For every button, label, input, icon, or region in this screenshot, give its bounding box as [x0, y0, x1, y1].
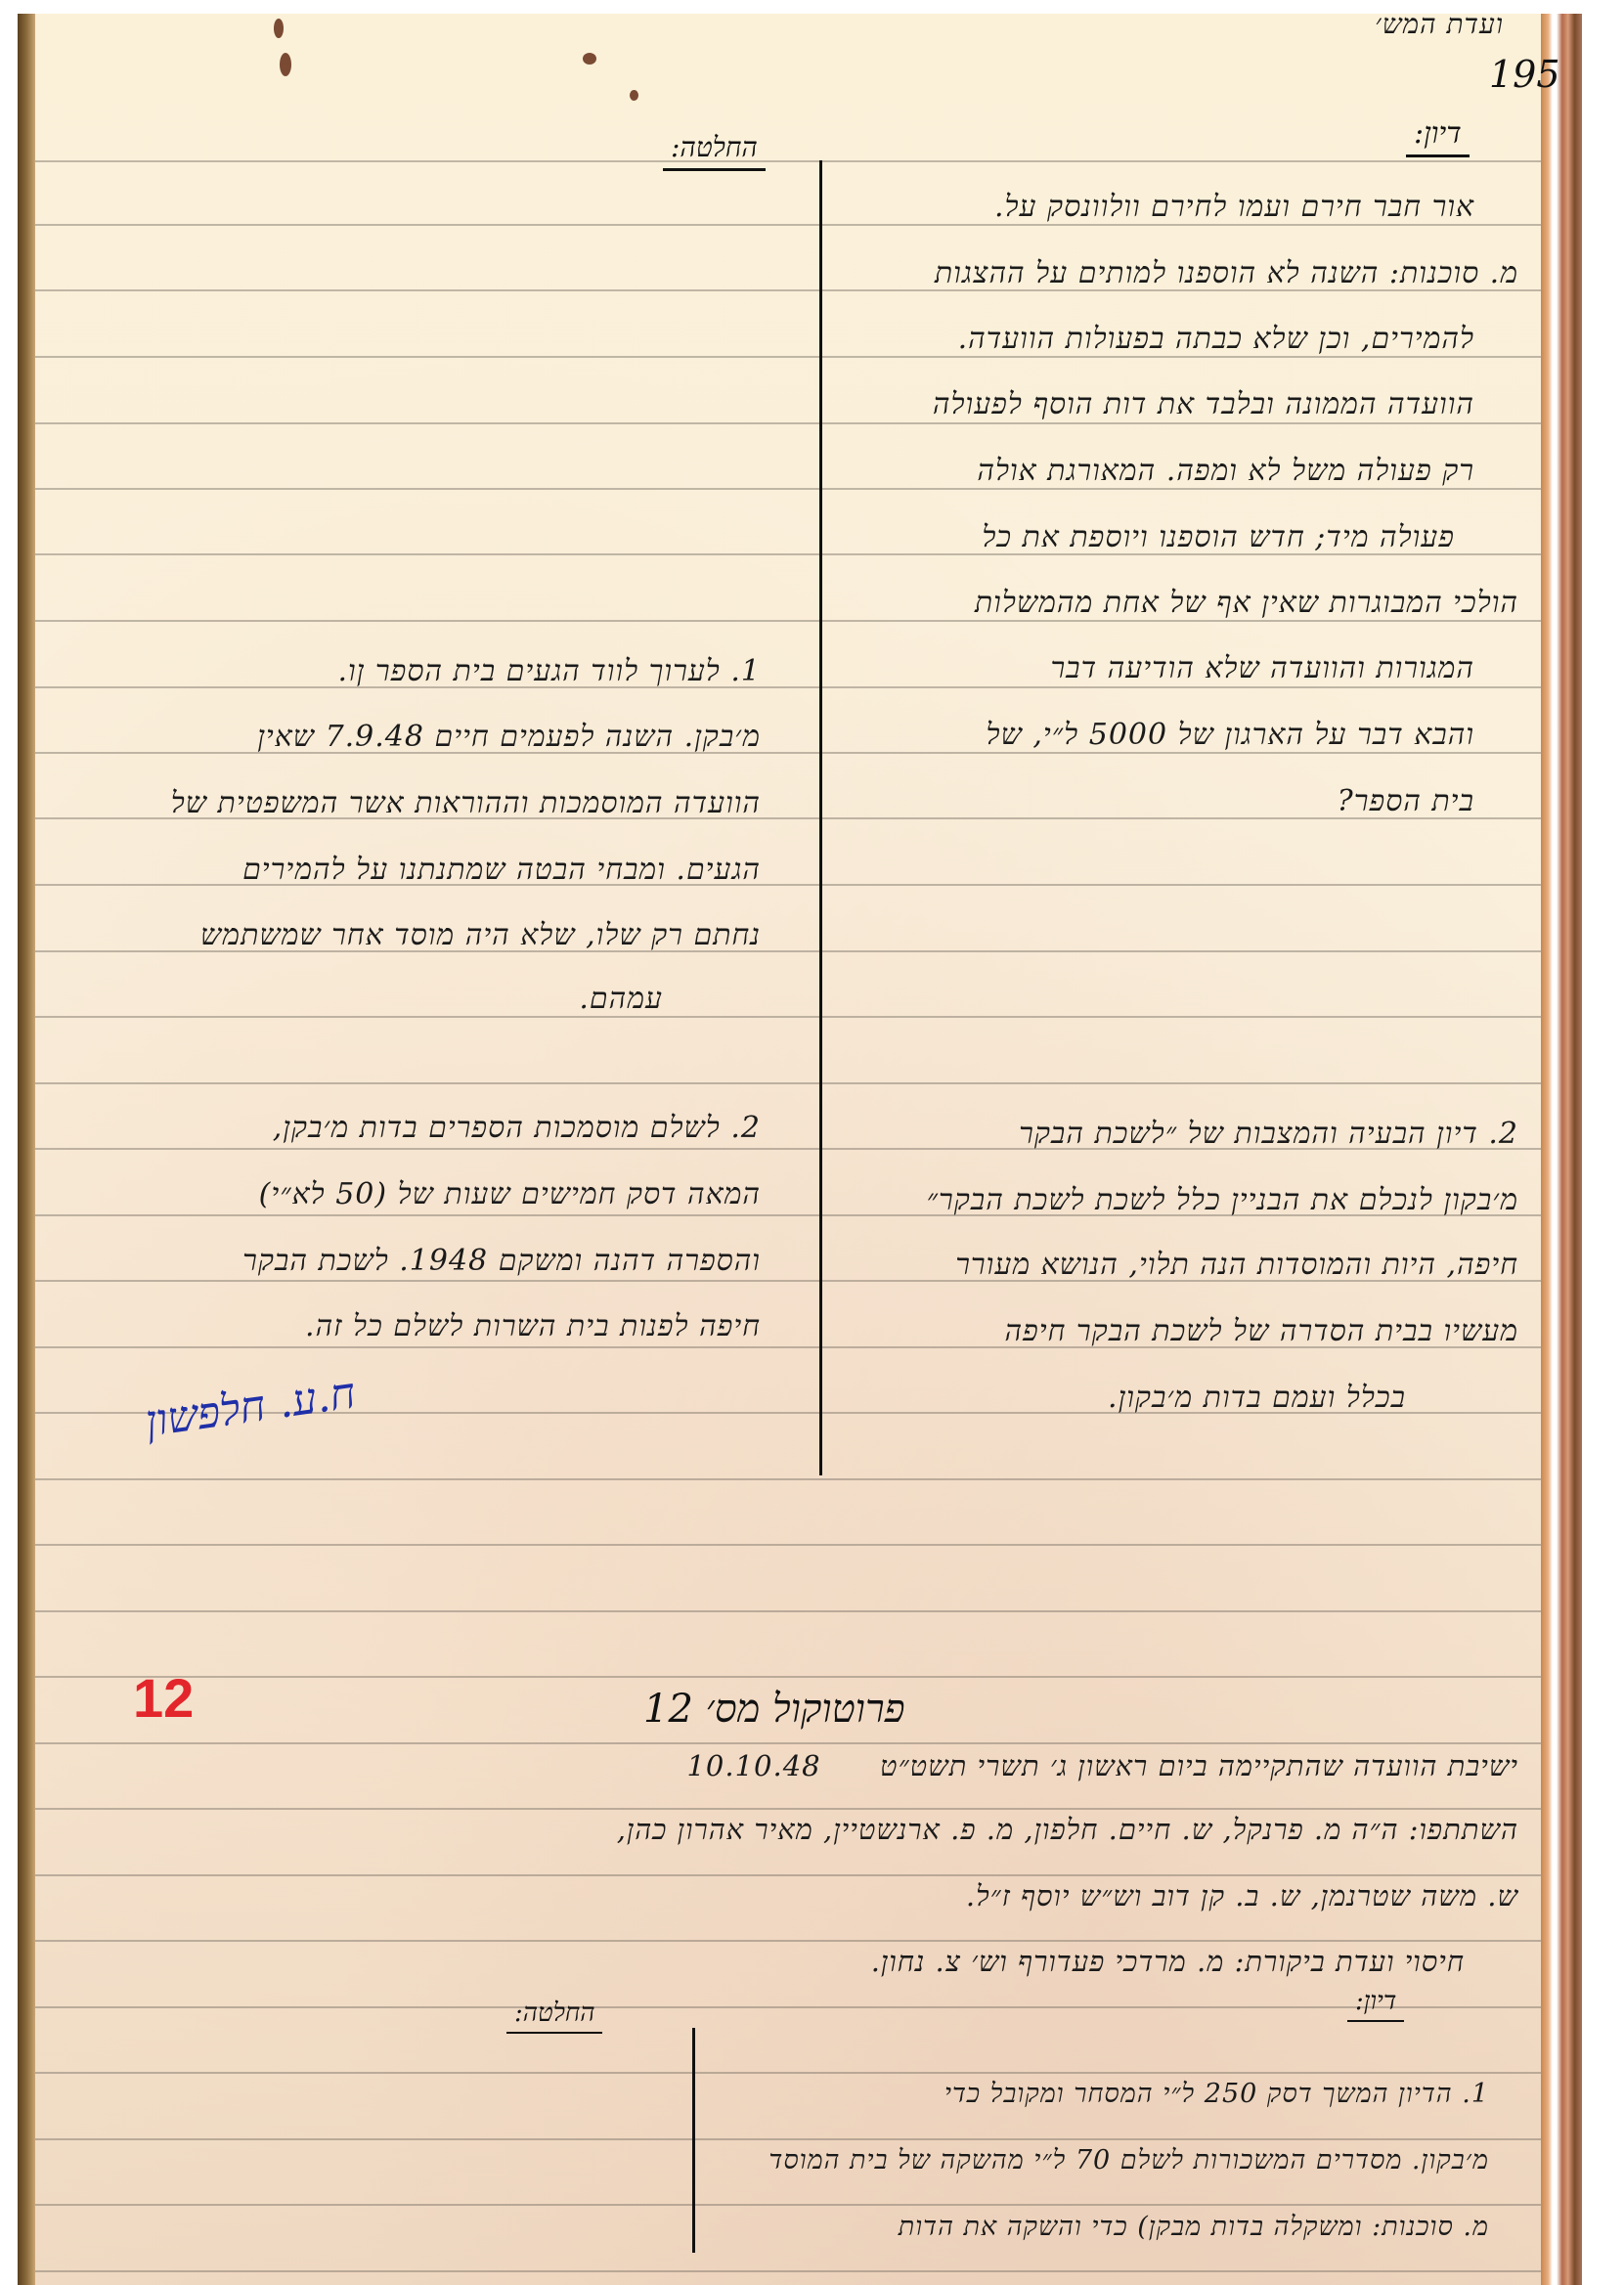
ruled-line [35, 1082, 1541, 1084]
left-binding-edge [18, 14, 35, 2285]
ruled-line [35, 2006, 1541, 2008]
discussion-line-text: מ. סוכנות: השנה לא הוספנו למותים על ההצג… [935, 256, 1518, 290]
right-binding-edge [1541, 14, 1582, 2285]
ruled-line [35, 686, 1541, 688]
ruled-line [35, 224, 1541, 226]
discussion-line: מ. סוכנות: השנה לא הוספנו למותים על ההצג… [935, 256, 1518, 290]
ruled-line [35, 620, 1541, 622]
decision-line: והספרה דהנה ומשקם 1948. לשכת הבקר [242, 1244, 761, 1278]
discussion-line: מ׳בקון. מסדרים המשכורות לשלם 70 ל״י מהשק… [768, 2145, 1489, 2175]
column-divider [819, 160, 822, 1475]
discussion-line: מ. סוכנות: ומשקלה בדות מבקן) כדי והשקה א… [899, 2212, 1489, 2242]
protocol-title: פרוטוקול מס׳ 12 [643, 1686, 905, 1732]
ruled-line [35, 1016, 1541, 1018]
decision-line: חיפה לפנות בית השרות לשלם כל זה. [305, 1309, 761, 1343]
ruled-line [35, 2204, 1541, 2206]
page-number: 195 [1489, 53, 1560, 96]
meeting-line: ישיבת הוועדה שהתקיימה ביום ראשון ג׳ תשרי… [686, 1749, 1518, 1783]
discussion-line: בכלל ועמם בדות מ׳בקון. [1108, 1381, 1406, 1415]
ruled-line [35, 1742, 1541, 1744]
discussion-line: 1. הדיון המשך דסק 250 ל״י המסחר ומקובל כ… [944, 2079, 1489, 2109]
decision-line: הוועדה המוסמכות וההוראות אשר המשפטית של [171, 786, 761, 820]
decision-line: המאה דסק חמישים שעות של (50 לא״י) [259, 1177, 761, 1211]
ruled-line [35, 1874, 1541, 1876]
ink-stain [583, 53, 596, 65]
attendees-line: השתתפו: ה״ה מ. פרנקל, ש. חיים. חלפון, מ.… [617, 1813, 1518, 1847]
protocol-marker: 12 [133, 1666, 194, 1730]
decision-heading: החלטה: [506, 1999, 602, 2034]
decision-line: הגעים. ומבחי הבטה שמתנתנו על להמירים [242, 853, 761, 887]
ruled-line [35, 1478, 1541, 1480]
meeting-description: ישיבת הוועדה שהתקיימה ביום ראשון ג׳ תשרי… [880, 1749, 1518, 1782]
discussion-line: המגורות והוועדה שלא הודיעה דבר [1050, 651, 1474, 685]
ruled-line [35, 1676, 1541, 1678]
discussion-line: מעשיו בבית הסדרה של לשכת הבקר חיפה [1004, 1314, 1518, 1348]
ruled-line [35, 1940, 1541, 1942]
ruled-line [35, 1808, 1541, 1810]
discussion-line: והבא דבר על הארגון של 5000 ל״י, של [987, 718, 1474, 752]
meeting-date: 10.10.48 [686, 1749, 820, 1782]
ruled-line [35, 160, 1541, 162]
discussion-line: פעולה מיד; חדש הוספנו ויוספת את כל [982, 520, 1455, 554]
ink-stain [274, 19, 284, 38]
guests-line: חיסוי ועדת ביקורת: מ. מרדכי פעדורף וש׳ צ… [871, 1945, 1465, 1979]
ruled-line [35, 356, 1541, 358]
archive-note: ועדת המש׳ [1375, 14, 1504, 41]
discussion-line: רק פעולה משל לא ומפה. המאורגת אולה [977, 454, 1474, 488]
decision-line: 1. לערוך לווד הגעים בית הספר ןו. [338, 654, 762, 688]
decision-heading: החלטה: [663, 131, 766, 171]
discussion-line: 2. דיון הבעיה והמצבות של ״לשכת הבקר [1019, 1117, 1518, 1151]
ruled-line [35, 1610, 1541, 1612]
discussion-line: חיפה, היות והמוסדות הנה תלוי, הנושא מעור… [955, 1248, 1518, 1282]
discussion-line: הולכי המבוגרות שאין אף של אחת מהמשלות [975, 586, 1518, 620]
ruled-line [35, 2270, 1541, 2272]
ruled-line [35, 488, 1541, 490]
discussion-heading: דיון: [1406, 116, 1470, 157]
decision-line: עמהם. [579, 982, 663, 1016]
notebook-page: ועדת המש׳ 195 דיון: החלטה: אור חבר חירם … [18, 14, 1582, 2285]
discussion-line: להמירים, וכן שלא כבתה בפעולות הוועדה. [958, 322, 1474, 356]
ink-stain [630, 90, 638, 101]
signature: ח.ע. חלפשון [143, 1368, 359, 1447]
discussion-heading: דיון: [1347, 1987, 1404, 2022]
ink-stain [280, 53, 291, 76]
decision-line: מ׳בקן. השנה לפעמים חיים 7.9.48 שאין [257, 720, 761, 754]
discussion-line: בית הספר? [1338, 784, 1474, 818]
ruled-line [35, 2138, 1541, 2140]
decision-line: 2. לשלם מוסמכות הספרים בדות מ׳בקן, [273, 1111, 761, 1145]
decision-line: נחתם רק שלו, שלא היה מוסד אחר שמשתמש [200, 918, 761, 952]
discussion-line: מ׳בקון לנכלם את הבניין כלל לשכת לשכת הבק… [927, 1183, 1518, 1217]
column-divider [692, 2028, 695, 2253]
ruled-line [35, 1544, 1541, 1546]
discussion-line: אור חבר חירם ועמו לחירם וולוונסק על. [994, 190, 1474, 224]
ruled-line [35, 2072, 1541, 2074]
ruled-line [35, 422, 1541, 424]
discussion-line: הוועדה הממונה ובלבד את דות הוסף לפעולה [933, 387, 1474, 421]
attendees-line: ש. משה שטרנמן, ש. ב. קן דוב וש״ש יוסף ז״… [966, 1879, 1518, 1913]
